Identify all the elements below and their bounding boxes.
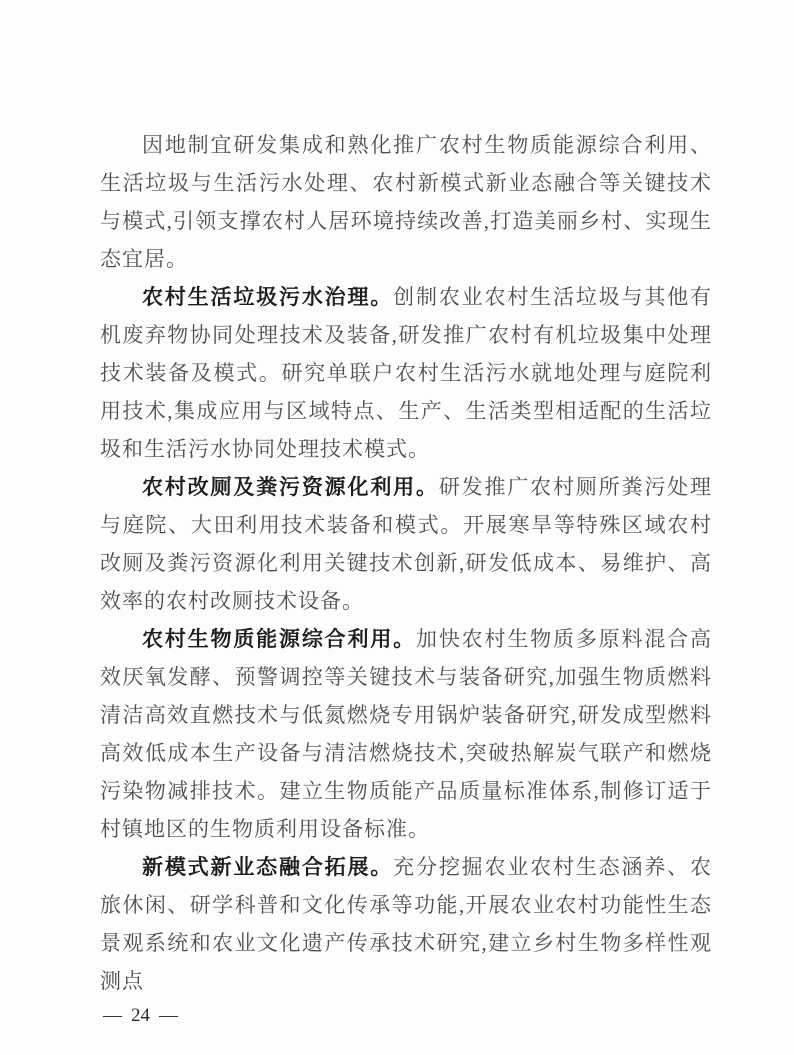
paragraph: 农村改厕及粪污资源化利用。研发推广农村厕所粪污处理与庭院、大田利用技术装备和模式… [100,468,712,620]
paragraph-text: 创制农业农村生活垃圾与其他有机废弃物协同处理技术及装备,研发推广农村有机垃圾集中… [100,285,712,461]
footer-dash-left: — [103,1002,122,1030]
paragraph: 新模式新业态融合拓展。充分挖掘农业农村生态涵养、农旅休闲、研学科普和文化传承等功… [100,848,712,1000]
paragraph: 农村生活垃圾污水治理。创制农业农村生活垃圾与其他有机废弃物协同处理技术及装备,研… [100,278,712,468]
document-page: 因地制宜研发集成和熟化推广农村生物质能源综合利用、生活垃圾与生活污水处理、农村新… [0,0,794,1055]
paragraph-heading: 新模式新业态融合拓展。 [142,855,393,879]
document-body: 因地制宜研发集成和熟化推广农村生物质能源综合利用、生活垃圾与生活污水处理、农村新… [100,126,712,1000]
paragraph-text: 因地制宜研发集成和熟化推广农村生物质能源综合利用、生活垃圾与生活污水处理、农村新… [100,133,712,271]
paragraph: 农村生物质能源综合利用。加快农村生物质多原料混合高效厌氧发酵、预警调控等关键技术… [100,620,712,848]
page-footer: — 24 — [103,1002,178,1030]
footer-dash-right: — [159,1002,178,1030]
paragraph: 因地制宜研发集成和熟化推广农村生物质能源综合利用、生活垃圾与生活污水处理、农村新… [100,126,712,278]
paragraph-heading: 农村生活垃圾污水治理。 [142,285,393,309]
page-number: 24 [131,1002,150,1030]
paragraph-heading: 农村改厕及粪污资源化利用。 [142,475,439,499]
paragraph-text: 加快农村生物质多原料混合高效厌氧发酵、预警调控等关键技术与装备研究,加强生物质燃… [100,627,712,841]
paragraph-heading: 农村生物质能源综合利用。 [142,627,416,651]
